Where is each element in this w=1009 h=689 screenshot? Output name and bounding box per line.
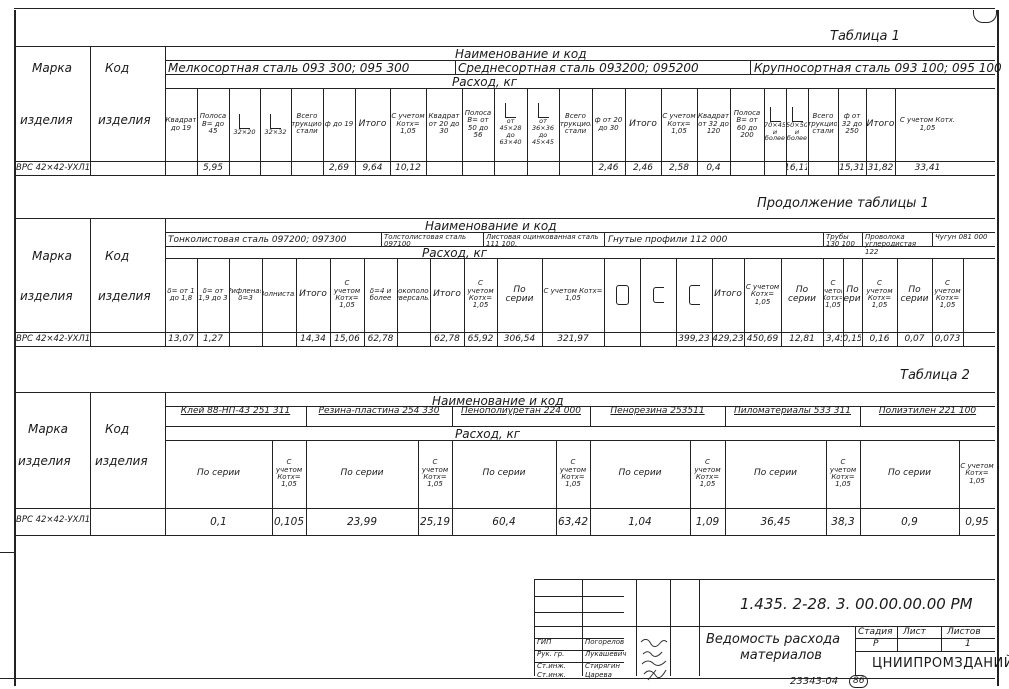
column-header: Итого xyxy=(713,259,743,331)
kod-header-2: изделия xyxy=(98,290,151,302)
kod-header: Код xyxy=(105,423,129,435)
group-cast-iron: Чугун 081 000 xyxy=(935,234,993,241)
column-header: С учетом Котх= 1,05 xyxy=(273,441,305,507)
column-header: С учетом Котх= 1,05 xyxy=(543,259,603,331)
column-header: По серии xyxy=(166,441,271,507)
column-header: Рифленая δ=3 xyxy=(230,259,261,331)
column-header: ф до 19 xyxy=(324,89,354,160)
table-cell xyxy=(463,161,493,175)
table-cell: 399,23 xyxy=(677,332,711,346)
column-header xyxy=(677,259,711,331)
table-cell xyxy=(166,161,196,175)
table-cell: 0,9 xyxy=(861,508,958,535)
stage-value: Р xyxy=(873,640,878,649)
table-cell: 0,105 xyxy=(273,508,305,535)
table-cell xyxy=(261,161,290,175)
column-header xyxy=(605,259,639,331)
table-cell: 1,27 xyxy=(198,332,228,346)
table-cell: 9,64 xyxy=(356,161,389,175)
table-cell: 1,04 xyxy=(591,508,689,535)
material-group-header: Пенорезина 253511 xyxy=(594,407,721,416)
column-header: Полоса B= от 50 до 56 xyxy=(463,89,493,160)
table-cell: 36,45 xyxy=(726,508,825,535)
rect-profile-icon xyxy=(616,285,629,305)
channel-profile-icon xyxy=(689,285,700,305)
table-cell xyxy=(528,161,558,175)
table-cell: 306,54 xyxy=(498,332,541,346)
column-header: δ= от 1 до 1,8 xyxy=(166,259,196,331)
column-header: С учетом Котх= 1,05 xyxy=(960,441,994,507)
table-cell xyxy=(560,161,591,175)
column-header: По серии xyxy=(726,441,825,507)
document-title-line-2: материалов xyxy=(740,649,822,662)
table-cell: 62,78 xyxy=(365,332,396,346)
group-bent-profiles: Гнутые профили 112 000 xyxy=(608,236,727,245)
material-group-header: Пиломатериалы 533 311 xyxy=(729,407,856,416)
channel-profile-icon xyxy=(653,287,664,303)
table-cell: 0,16 xyxy=(863,332,896,346)
column-header: 70×45 и более xyxy=(765,89,785,160)
table-cell xyxy=(230,332,261,346)
table-cell xyxy=(809,161,837,175)
column-header: С учетом Котх= 1,05 xyxy=(331,259,363,331)
material-group-header: Пенополиуретан 224 000 xyxy=(456,407,586,416)
column-header: С учетом Котх= 1,05 xyxy=(662,89,696,160)
column-header: С учетом Котх= 1,05 xyxy=(827,441,859,507)
marka-header-2: изделия xyxy=(20,290,73,302)
column-header: Итого xyxy=(297,259,329,331)
material-group-header: Клей 88-НП-43 251 311 xyxy=(169,407,302,416)
group-medium-steel: Среднесортная сталь 093200; 095200 xyxy=(458,62,699,74)
table-cell: 5,95 xyxy=(198,161,228,175)
sheets-label: Листов xyxy=(947,628,981,637)
table-cell: 321,97 xyxy=(543,332,603,346)
table-cell: 0,15 xyxy=(844,332,861,346)
marka-header: Марка xyxy=(32,62,72,74)
column-header: По серии xyxy=(782,259,822,331)
table-cell: 16,11 xyxy=(787,161,807,175)
table-cell: 2,58 xyxy=(662,161,696,175)
table-cell: 2,46 xyxy=(626,161,660,175)
table-cell: 13,45 xyxy=(824,332,842,346)
column-header: Итого xyxy=(626,89,660,160)
column-header: По серии xyxy=(591,441,689,507)
column-header: δ= от 1,9 до 3 xyxy=(198,259,228,331)
column-header: С учетом Котх= 1,05 xyxy=(824,259,842,331)
table-cell: 0,073 xyxy=(933,332,962,346)
name-code-header: Наименование и код xyxy=(455,48,587,60)
column-header xyxy=(641,259,675,331)
column-header: δ=4 и более xyxy=(365,259,396,331)
column-header: ф от 32 до 250 xyxy=(839,89,865,160)
table-cell xyxy=(427,161,461,175)
column-header: Квадрат до 19 xyxy=(166,89,196,160)
table-cell: 15,06 xyxy=(331,332,363,346)
usage-header: Расход, кг xyxy=(455,428,520,440)
table-cell xyxy=(292,161,322,175)
column-header: По серии xyxy=(898,259,931,331)
name-1: Погорелов xyxy=(585,639,624,646)
table-cell: 450,69 xyxy=(745,332,780,346)
sheet-corner-mark xyxy=(973,10,997,23)
column-header: Итого xyxy=(431,259,463,331)
role-3: Ст.инж. xyxy=(537,663,566,670)
column-header: Полоса B= до 45 xyxy=(198,89,228,160)
angle-profile-icon xyxy=(770,107,781,122)
name-code-header: Наименование и код xyxy=(425,220,557,232)
table-1-caption: Таблица 1 xyxy=(830,30,900,43)
table-cell: 60,4 xyxy=(453,508,555,535)
organization-name: ЦНИИПРОМЗДАНИЙ xyxy=(872,657,1009,670)
column-header: Всего конструкционной стали xyxy=(809,89,837,160)
row-marka: ВРС 42×42-УХЛ1 xyxy=(16,335,90,344)
usage-header: Расход, кг xyxy=(422,247,487,259)
row-marka: ВРС 42×42-УХЛ1 xyxy=(16,164,90,173)
stage-label: Стадия xyxy=(858,628,893,637)
name-2: Лукашевич xyxy=(585,651,626,658)
column-header: С учетом Котх= 1,05 xyxy=(419,441,451,507)
table-cell xyxy=(765,161,785,175)
column-header: С учетом Котх= 1,05 xyxy=(691,441,724,507)
marka-header: Марка xyxy=(28,423,68,435)
column-header: Квадрат от 32 до 120 xyxy=(698,89,729,160)
table-cell: 2,69 xyxy=(324,161,354,175)
table-cell: 0,95 xyxy=(960,508,994,535)
kod-header: Код xyxy=(105,250,129,262)
table-cell xyxy=(964,332,994,346)
table-cell: 63,42 xyxy=(557,508,589,535)
column-header: Квадрат от 20 до 30 xyxy=(427,89,461,160)
group-galvanized: Листовая оцинкованная сталь 111 100. xyxy=(486,234,602,249)
sheets-value: 1 xyxy=(965,640,971,649)
group-wire: Проволока углеродистая 122 xyxy=(865,234,931,256)
table-cell xyxy=(731,161,763,175)
kod-header: Код xyxy=(105,62,129,74)
group-pipes: Трубы 130 100 xyxy=(826,234,860,249)
group-thin-sheet: Тонколистовая сталь 097200; 097300 xyxy=(168,236,346,245)
table-cell: 12,81 xyxy=(782,332,822,346)
document-code: 1.435. 2-28. 3. 00.00.00.00 РМ xyxy=(740,597,973,612)
table-cell: 1,09 xyxy=(691,508,724,535)
table-cell: 13,07 xyxy=(166,332,196,346)
column-header: Итого xyxy=(867,89,894,160)
table-cell xyxy=(605,332,639,346)
table-cell: 25,19 xyxy=(419,508,451,535)
table-cell: 2,46 xyxy=(593,161,624,175)
material-group-header: Полиэтилен 221 100 xyxy=(864,407,991,416)
marka-header-2: изделия xyxy=(20,114,73,126)
table-cell xyxy=(230,161,259,175)
column-header: ф от 20 до 30 xyxy=(593,89,624,160)
angle-profile-icon xyxy=(239,114,250,129)
column-header: По серии xyxy=(307,441,417,507)
column-header: С учетом Котх= 1,05 xyxy=(863,259,896,331)
table-cell: 33,41 xyxy=(896,161,959,175)
table-1-cont-caption: Продолжение таблицы 1 xyxy=(757,197,929,210)
column-header: Волнистая xyxy=(263,259,295,331)
material-group-header: Резина-пластина 254 330 xyxy=(310,407,448,416)
table-2-caption: Таблица 2 xyxy=(900,369,970,382)
kod-header-2: изделия xyxy=(98,114,151,126)
column-header: По серии xyxy=(861,441,958,507)
column-header: С учетом Котх= 1,05 xyxy=(745,259,780,331)
column-header: 32×20 xyxy=(230,89,259,160)
archive-sheet: 86 xyxy=(849,675,868,688)
role-2: Рук. гр. xyxy=(537,651,564,658)
table-cell: 0,1 xyxy=(166,508,271,535)
column-header: 32×32 xyxy=(261,89,290,160)
table-cell: 429,23 xyxy=(713,332,743,346)
column-header: Полоса B= от 60 до 200 xyxy=(731,89,763,160)
column-header: Всего конструкционной стали xyxy=(560,89,591,160)
role-1: ГИП xyxy=(537,639,551,646)
name-3: Стирягин xyxy=(585,663,620,670)
angle-profile-icon xyxy=(270,114,281,129)
column-header: С учетом Котх= 1,05 xyxy=(391,89,425,160)
column-header: По серии xyxy=(844,259,861,331)
table-cell: 65,92 xyxy=(465,332,496,346)
table-cell: 23,99 xyxy=(307,508,417,535)
table-cell: 10,12 xyxy=(391,161,425,175)
table-cell xyxy=(263,332,295,346)
column-header: 50×50 и более xyxy=(787,89,807,160)
row-marka: ВРС 42×42-УХЛ1 xyxy=(16,516,90,525)
column-header: Широкополосная универсальная xyxy=(398,259,429,331)
column-header: Всего конструкционной стали xyxy=(292,89,322,160)
table-cell: 0,4 xyxy=(698,161,729,175)
table-cell xyxy=(641,332,675,346)
angle-profile-icon xyxy=(505,103,516,118)
marka-header-2: изделия xyxy=(18,455,71,467)
table-cell: 31,82 xyxy=(867,161,894,175)
sheet-label: Лист xyxy=(903,628,926,637)
column-header: С учетом Котх. 1,05 xyxy=(896,89,959,160)
angle-profile-icon xyxy=(538,103,549,118)
document-title-line-1: Ведомость расхода xyxy=(706,633,840,646)
marka-header: Марка xyxy=(32,250,72,262)
column-header: По серии xyxy=(498,259,541,331)
table-cell: 38,3 xyxy=(827,508,859,535)
table-cell xyxy=(495,161,526,175)
table-cell: 62,78 xyxy=(431,332,463,346)
table-cell xyxy=(398,332,429,346)
column-header: С учетом Котх= 1,05 xyxy=(557,441,589,507)
group-small-steel: Мелкосортная сталь 093 300; 095 300 xyxy=(168,62,409,74)
column-header: от 45×28 до 63×40 xyxy=(495,89,526,160)
table-cell: 14,34 xyxy=(297,332,329,346)
column-header: С учетом Котх= 1,05 xyxy=(933,259,962,331)
group-large-steel: Крупносортная сталь 093 100; 095 100 xyxy=(754,62,1002,74)
column-header xyxy=(964,259,994,331)
column-header: Итого xyxy=(356,89,389,160)
table-cell: 15,31 xyxy=(839,161,865,175)
column-header: С учетом Котх= 1,05 xyxy=(465,259,496,331)
kod-header-2: изделия xyxy=(95,455,148,467)
table-cell: 0,07 xyxy=(898,332,931,346)
angle-profile-icon xyxy=(792,107,803,122)
column-header: По серии xyxy=(453,441,555,507)
column-header: от 36×36 до 45×45 xyxy=(528,89,558,160)
usage-header: Расход, кг xyxy=(452,76,517,88)
